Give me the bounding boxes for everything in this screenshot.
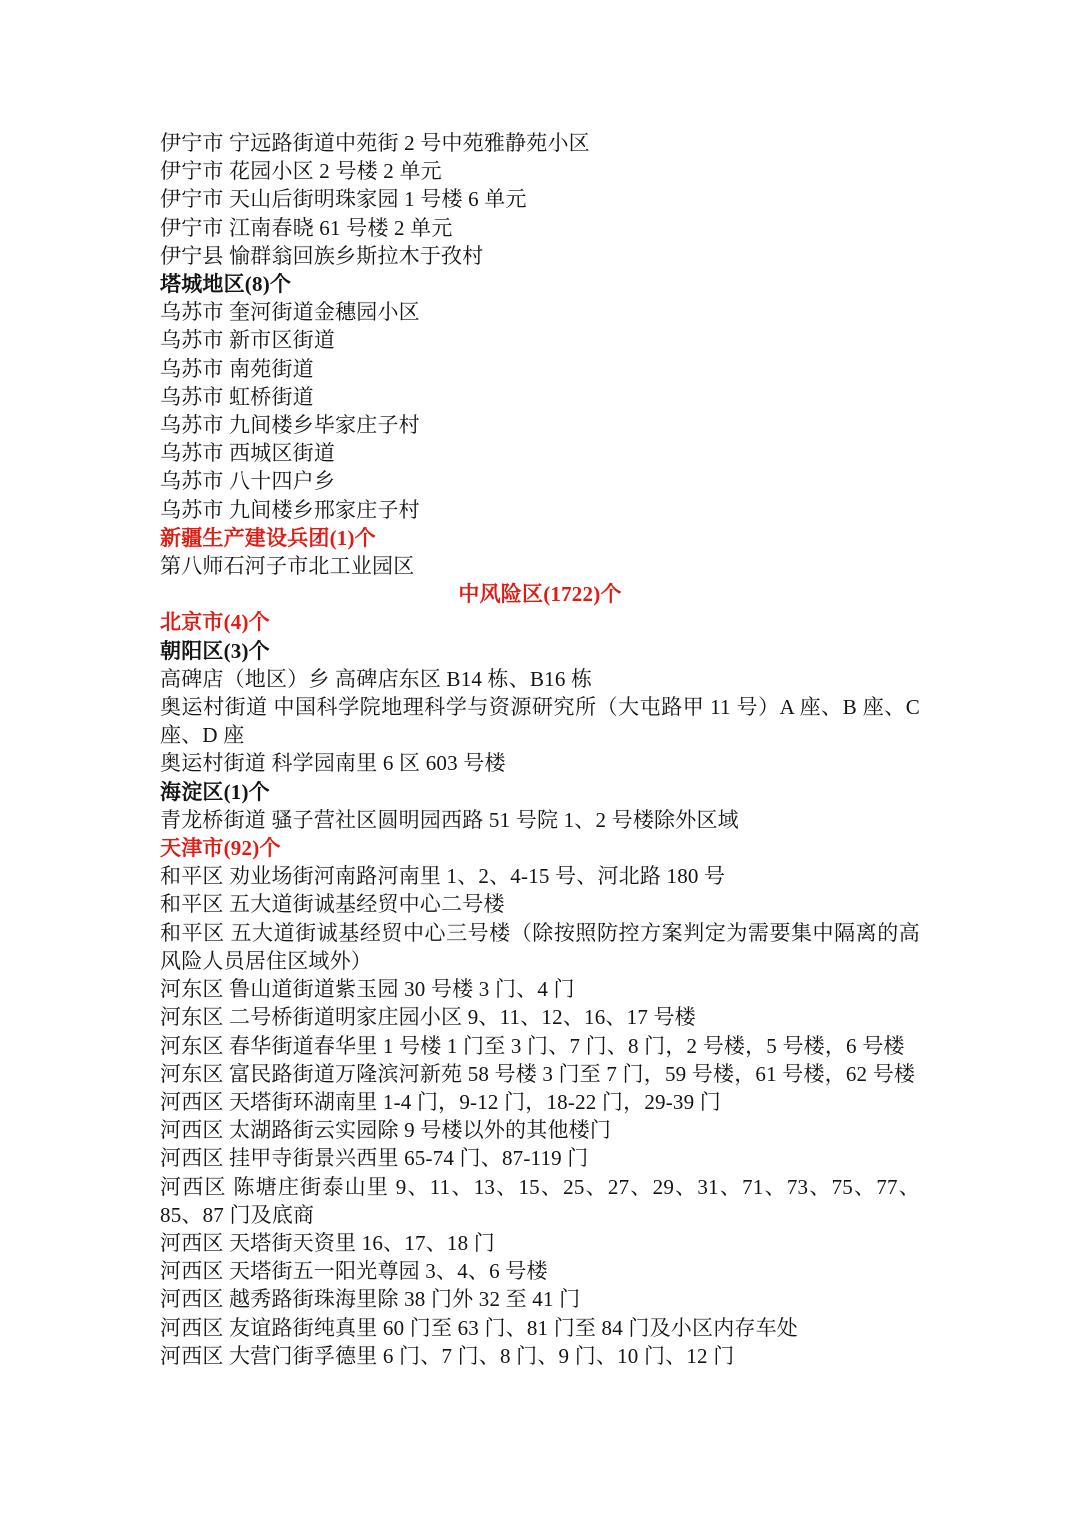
risk-area-entry: 乌苏市 九间楼乡毕家庄子村 xyxy=(160,411,920,439)
district-heading: 海淀区(1)个 xyxy=(160,778,920,806)
risk-area-entry: 河西区 越秀路街珠海里除 38 门外 32 至 41 门 xyxy=(160,1285,920,1313)
risk-area-entry: 河东区 鲁山道街道紫玉园 30 号楼 3 门、4 门 xyxy=(160,975,920,1003)
risk-area-entry: 伊宁市 江南春晓 61 号楼 2 单元 xyxy=(160,214,920,242)
risk-area-list: 伊宁市 宁远路街道中苑街 2 号中苑雅静苑小区伊宁市 花园小区 2 号楼 2 单… xyxy=(160,129,920,1370)
risk-area-entry: 乌苏市 南苑街道 xyxy=(160,355,920,383)
risk-area-entry: 乌苏市 虹桥街道 xyxy=(160,383,920,411)
risk-area-entry: 伊宁市 宁远路街道中苑街 2 号中苑雅静苑小区 xyxy=(160,129,920,157)
risk-area-entry: 河东区 春华街道春华里 1 号楼 1 门至 3 门、7 门、8 门，2 号楼，5… xyxy=(160,1032,920,1060)
risk-area-entry: 伊宁市 天山后街明珠家园 1 号楼 6 单元 xyxy=(160,185,920,213)
province-heading: 北京市(4)个 xyxy=(160,608,920,636)
risk-area-entry: 和平区 五大道街诚基经贸中心二号楼 xyxy=(160,890,920,918)
risk-area-entry: 乌苏市 八十四户乡 xyxy=(160,467,920,495)
district-heading: 朝阳区(3)个 xyxy=(160,637,920,665)
risk-area-entry: 乌苏市 九间楼乡邢家庄子村 xyxy=(160,496,920,524)
risk-area-entry: 河东区 二号桥街道明家庄园小区 9、11、12、16、17 号楼 xyxy=(160,1003,920,1031)
risk-area-entry: 河西区 陈塘庄街泰山里 9、11、13、15、25、27、29、31、71、73… xyxy=(160,1173,920,1229)
risk-area-entry: 奥运村街道 科学园南里 6 区 603 号楼 xyxy=(160,749,920,777)
document-page: 伊宁市 宁远路街道中苑街 2 号中苑雅静苑小区伊宁市 花园小区 2 号楼 2 单… xyxy=(0,0,1080,1526)
risk-area-entry: 乌苏市 奎河街道金穗园小区 xyxy=(160,298,920,326)
risk-level-title: 中风险区(1722)个 xyxy=(160,580,920,608)
risk-area-entry: 伊宁县 愉群翁回族乡斯拉木于孜村 xyxy=(160,242,920,270)
district-heading: 塔城地区(8)个 xyxy=(160,270,920,298)
province-heading: 天津市(92)个 xyxy=(160,834,920,862)
province-heading: 新疆生产建设兵团(1)个 xyxy=(160,524,920,552)
risk-area-entry: 乌苏市 西城区街道 xyxy=(160,439,920,467)
risk-area-entry: 伊宁市 花园小区 2 号楼 2 单元 xyxy=(160,157,920,185)
risk-area-entry: 乌苏市 新市区街道 xyxy=(160,326,920,354)
risk-area-entry: 青龙桥街道 骚子营社区圆明园西路 51 号院 1、2 号楼除外区域 xyxy=(160,806,920,834)
risk-area-entry: 河西区 友谊路街纯真里 60 门至 63 门、81 门至 84 门及小区内存车处 xyxy=(160,1314,920,1342)
risk-area-entry: 第八师石河子市北工业园区 xyxy=(160,552,920,580)
risk-area-entry: 奥运村街道 中国科学院地理科学与资源研究所（大屯路甲 11 号）A 座、B 座、… xyxy=(160,693,920,749)
risk-area-entry: 和平区 五大道街诚基经贸中心三号楼（除按照防控方案判定为需要集中隔离的高风险人员… xyxy=(160,919,920,975)
risk-area-entry: 高碑店（地区）乡 高碑店东区 B14 栋、B16 栋 xyxy=(160,665,920,693)
risk-area-entry: 河西区 天塔街天资里 16、17、18 门 xyxy=(160,1229,920,1257)
risk-area-entry: 河西区 挂甲寺街景兴西里 65-74 门、87-119 门 xyxy=(160,1144,920,1172)
risk-area-entry: 河西区 大营门街孚德里 6 门、7 门、8 门、9 门、10 门、12 门 xyxy=(160,1342,920,1370)
risk-area-entry: 河西区 太湖路街云实园除 9 号楼以外的其他楼门 xyxy=(160,1116,920,1144)
risk-area-entry: 河东区 富民路街道万隆滨河新苑 58 号楼 3 门至 7 门，59 号楼，61 … xyxy=(160,1060,920,1088)
risk-area-entry: 和平区 劝业场街河南路河南里 1、2、4-15 号、河北路 180 号 xyxy=(160,862,920,890)
risk-area-entry: 河西区 天塔街环湖南里 1-4 门，9-12 门，18-22 门，29-39 门 xyxy=(160,1088,920,1116)
risk-area-entry: 河西区 天塔街五一阳光尊园 3、4、6 号楼 xyxy=(160,1257,920,1285)
